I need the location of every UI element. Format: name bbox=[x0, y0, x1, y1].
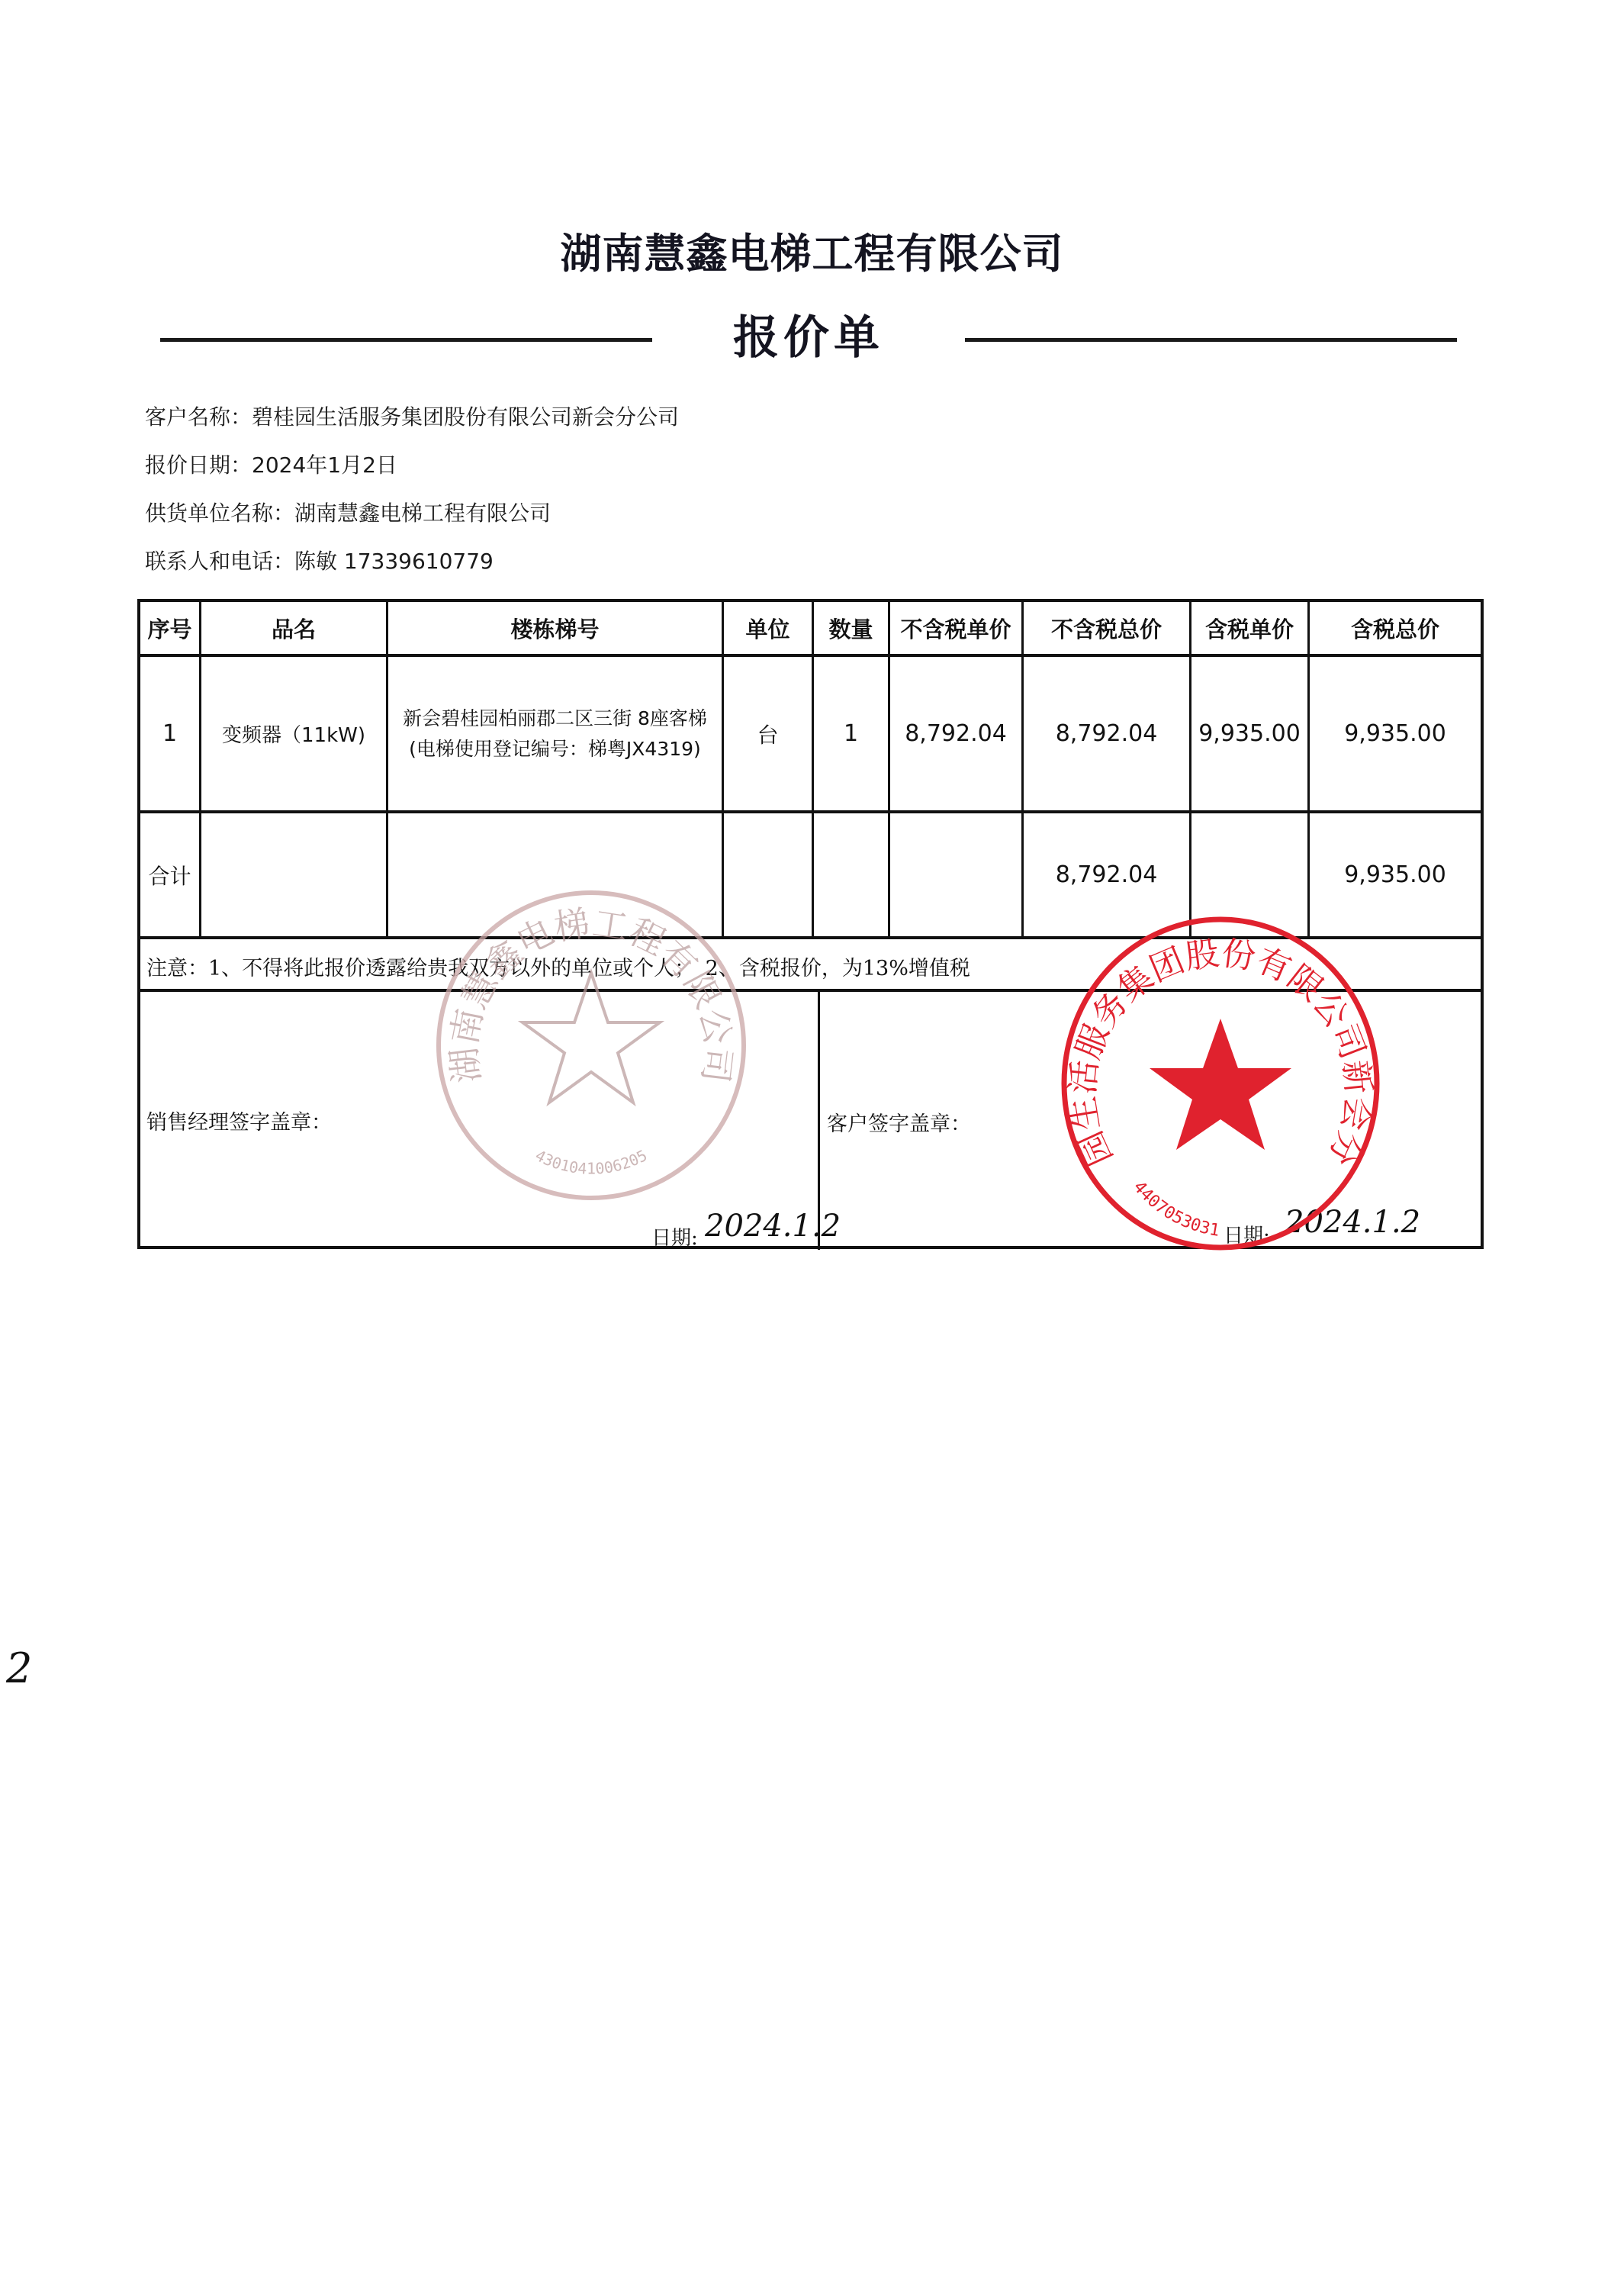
row-total-incl-tax: 9,935.00 bbox=[1310, 657, 1481, 810]
total-incl-tax: 9,935.00 bbox=[1310, 813, 1481, 936]
row-location-line2: (电梯使用登记编号：梯粤JX4319) bbox=[409, 734, 701, 765]
customer-name-label: 客户名称： bbox=[145, 404, 252, 430]
col-header-unit-price-excl-tax: 不含税单价 bbox=[890, 602, 1021, 654]
col-header-unit: 单位 bbox=[724, 602, 812, 654]
supplier-value: 湖南慧鑫电梯工程有限公司 bbox=[294, 501, 551, 526]
row-product: 变频器（11kW) bbox=[201, 657, 386, 810]
col-header-index: 序号 bbox=[140, 602, 199, 654]
contact-label: 联系人和电话： bbox=[145, 549, 294, 574]
customer-signature-label: 客户签字盖章： bbox=[827, 1107, 971, 1137]
col-header-location: 楼栋梯号 bbox=[388, 602, 722, 654]
customer-date-handwritten: 2024.1.2 bbox=[1285, 1205, 1420, 1240]
row-unit-price-excl-tax: 8,792.04 bbox=[890, 657, 1021, 810]
note-text: 注意：1、不得将此报价透露给贵我双方以外的单位或个人； 2、含税报价，为13%增… bbox=[146, 951, 970, 981]
quote-date-label: 报价日期： bbox=[145, 452, 252, 478]
row-location-line1: 新会碧桂园柏丽郡二区三街 8座客梯 bbox=[403, 703, 707, 734]
seller-signature-label: 销售经理签字盖章： bbox=[146, 1106, 332, 1135]
contact-value: 陈敏 17339610779 bbox=[294, 549, 494, 574]
total-divider bbox=[140, 936, 1481, 939]
contact-field: 联系人和电话：陈敏 17339610779 bbox=[145, 545, 494, 575]
row-unit: 台 bbox=[724, 657, 812, 810]
col-header-unit-price-incl-tax: 含税单价 bbox=[1191, 602, 1307, 654]
quote-table: 序号 品名 楼栋梯号 单位 数量 不含税单价 不含税总价 含税单价 含税总价 1… bbox=[137, 599, 1484, 1249]
title-rule-right bbox=[965, 338, 1457, 342]
col-header-quantity: 数量 bbox=[814, 602, 888, 654]
total-label: 合计 bbox=[140, 813, 199, 936]
row-total-excl-tax: 8,792.04 bbox=[1024, 657, 1189, 810]
seller-date-label: 日期: bbox=[651, 1222, 698, 1251]
seller-date-handwritten: 2024.1.2 bbox=[705, 1209, 841, 1244]
row-divider bbox=[140, 810, 1481, 813]
company-name: 湖南慧鑫电梯工程有限公司 bbox=[0, 221, 1624, 280]
document-title-row: 报价单 bbox=[160, 301, 1457, 362]
document-title: 报价单 bbox=[160, 301, 1457, 367]
customer-name-field: 客户名称：碧桂园生活服务集团股份有限公司新会分公司 bbox=[145, 401, 679, 431]
quote-date-field: 报价日期：2024年1月2日 bbox=[145, 449, 397, 479]
row-quantity: 1 bbox=[814, 657, 888, 810]
supplier-label: 供货单位名称： bbox=[145, 501, 294, 526]
supplier-field: 供货单位名称：湖南慧鑫电梯工程有限公司 bbox=[145, 497, 551, 527]
row-location: 新会碧桂园柏丽郡二区三街 8座客梯 (电梯使用登记编号：梯粤JX4319) bbox=[388, 657, 722, 810]
col-header-product: 品名 bbox=[201, 602, 386, 654]
row-unit-price-incl-tax: 9,935.00 bbox=[1191, 657, 1307, 810]
col-header-total-excl-tax: 不含税总价 bbox=[1024, 602, 1189, 654]
margin-handwritten-mark: 2 bbox=[6, 1644, 32, 1692]
quote-date-value: 2024年1月2日 bbox=[252, 452, 397, 478]
note-divider bbox=[140, 989, 1481, 992]
customer-date-label: 日期: bbox=[1224, 1220, 1270, 1248]
row-index: 1 bbox=[140, 657, 199, 810]
customer-name-value: 碧桂园生活服务集团股份有限公司新会分公司 bbox=[252, 404, 679, 430]
col-header-total-incl-tax: 含税总价 bbox=[1310, 602, 1481, 654]
total-excl-tax: 8,792.04 bbox=[1024, 813, 1189, 936]
